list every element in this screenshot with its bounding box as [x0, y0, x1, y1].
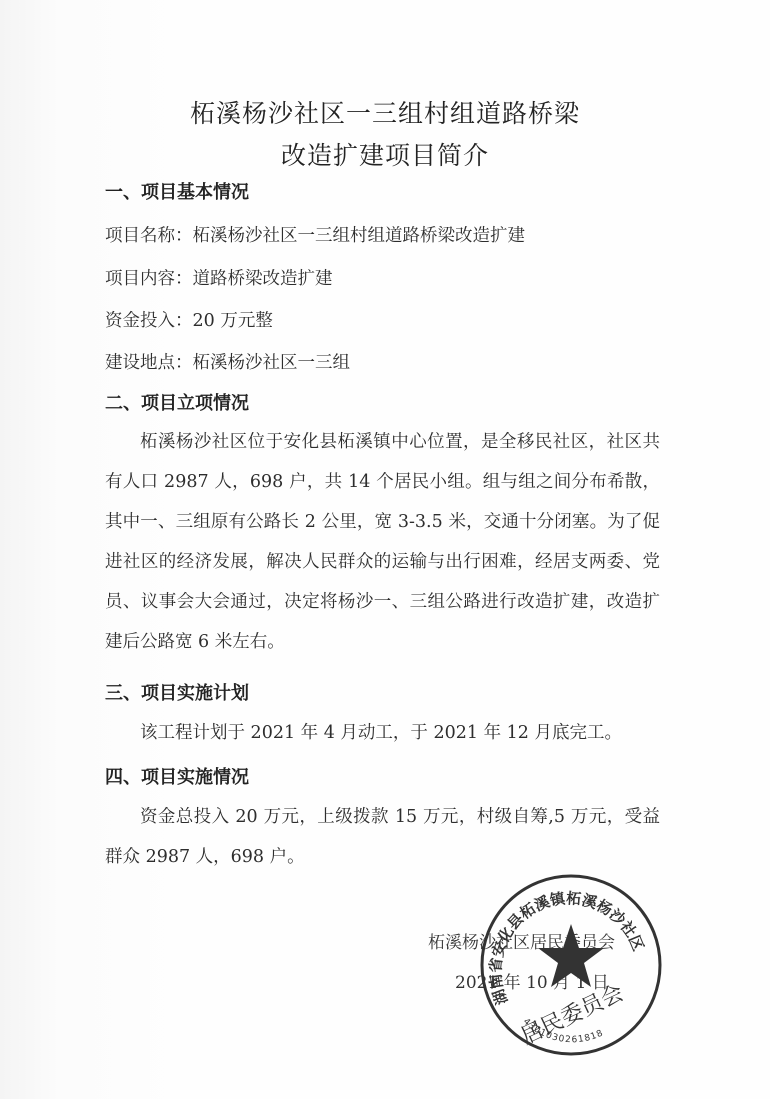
plan-paragraph: 该工程计划于 2021 年 4 月动工，于 2021 年 12 月底完工。 [105, 713, 660, 753]
funding-line: 资金投入：20 万元整 [105, 307, 273, 332]
section-heading-approval: 二、项目立项情况 [105, 389, 249, 415]
approval-paragraph: 柘溪杨沙社区位于安化县柘溪镇中心位置，是全移民社区，社区共有人口 2987 人，… [105, 422, 660, 662]
official-seal-icon: 湖南省安化县柘溪镇柘溪杨沙社区 居民委员会 4301030261818 [478, 872, 664, 1058]
project-content-line: 项目内容：道路桥梁改造扩建 [105, 265, 333, 290]
implementation-paragraph: 资金总投入 20 万元，上级拨款 15 万元，村级自筹,5 万元，受益群众 29… [105, 797, 660, 877]
document-title-line-2: 改造扩建项目简介 [0, 136, 770, 172]
section-heading-basic-info: 一、项目基本情况 [105, 178, 249, 204]
document-title-line-1: 柘溪杨沙社区一三组村组道路桥梁 [0, 94, 770, 130]
section-heading-plan: 三、项目实施计划 [105, 679, 249, 705]
section-heading-implementation: 四、项目实施情况 [105, 763, 249, 789]
location-line: 建设地点：柘溪杨沙社区一三组 [105, 349, 350, 374]
document-page: 柘溪杨沙社区一三组村组道路桥梁 改造扩建项目简介 一、项目基本情况 项目名称：柘… [0, 0, 770, 1099]
project-name-line: 项目名称：柘溪杨沙社区一三组村组道路桥梁改造扩建 [105, 222, 525, 247]
